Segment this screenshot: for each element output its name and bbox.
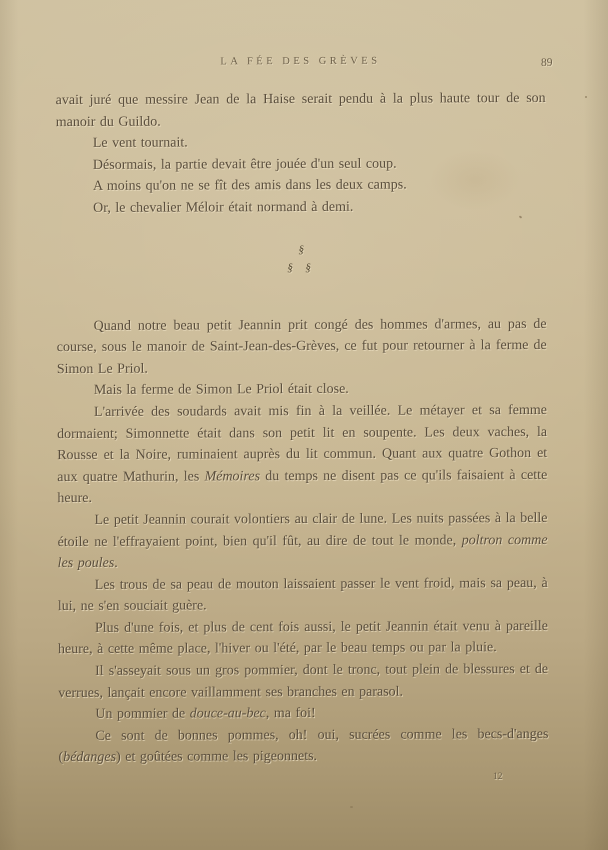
page-number: 89 [541,57,553,69]
text-run: . [114,556,118,571]
ornament-mark: § [299,244,305,256]
page-content: LA FÉE DES GRÈVES 89 avait juré que mess… [55,55,548,769]
italic-text: Mémoires [205,469,261,484]
paragraph: Désormais, la partie devait être jouée d… [56,153,546,177]
text-run: Or, le chevalier Méloir était normand à … [93,200,353,216]
paragraph: Mais la ferme de Simon Le Priol était cl… [57,378,547,402]
paragraph: Les trous de sa peau de mouton laissaien… [58,573,548,618]
text-run: Les trous de sa peau de mouton laissaien… [58,576,548,615]
paragraph: Le petit Jeannin courait volontiers au c… [57,508,547,575]
book-page-photo: LA FÉE DES GRÈVES 89 avait juré que mess… [0,0,608,850]
text-run: , ma foi! [266,706,316,721]
paragraph: Or, le chevalier Méloir était normand à … [56,196,546,220]
text-run: ) et goûtées comme les pigeonnets. [116,749,317,765]
ornament-mark: § [287,262,293,274]
section-break-ornament: §§§ [56,245,546,285]
paragraph: L'arrivée des soudards avait mis fin à l… [57,400,547,510]
ornament-mark: § [305,262,311,274]
text-run: Mais la ferme de Simon Le Priol était cl… [94,382,349,398]
paragraph: Ce sont de bonnes pommes, oh! oui, sucré… [58,724,548,769]
text-run: A moins qu'on ne se fît des amis dans le… [93,178,407,194]
paper-speck [350,806,353,808]
text-run: Désormais, la partie devait être jouée d… [93,156,397,172]
text-run: avait juré que messire Jean de la Haise … [56,91,546,130]
text-block-top: avait juré que messire Jean de la Haise … [56,88,547,220]
paragraph: avait juré que messire Jean de la Haise … [56,88,546,133]
paragraph: A moins qu'on ne se fît des amis dans le… [56,174,546,198]
italic-text: bédanges [63,750,116,765]
paper-speck [585,96,587,98]
italic-text: douce-au-bec [190,706,266,721]
text-run: Quand notre beau petit Jeannin prit cong… [57,316,547,376]
paragraph: Plus d'une fois, et plus de cent fois au… [58,616,548,661]
text-run: Le vent tournait. [93,136,188,151]
running-title: LA FÉE DES GRÈVES [55,55,545,68]
paragraph: Le vent tournait. [56,131,546,155]
paragraph: Un pommier de douce-au-bec, ma foi! [58,702,548,726]
text-run: Plus d'une fois, et plus de cent fois au… [58,619,548,658]
paragraph: Il s'asseyait sous un gros pommier, dont… [58,659,548,704]
paragraph: Quand notre beau petit Jeannin prit cong… [57,313,547,380]
text-run: Il s'asseyait sous un gros pommier, dont… [58,662,548,701]
signature-mark: 12 [493,772,503,782]
text-run: Un pommier de [95,707,189,722]
running-header: LA FÉE DES GRÈVES 89 [55,55,545,79]
text-block-bottom: Quand notre beau petit Jeannin prit cong… [57,313,549,769]
